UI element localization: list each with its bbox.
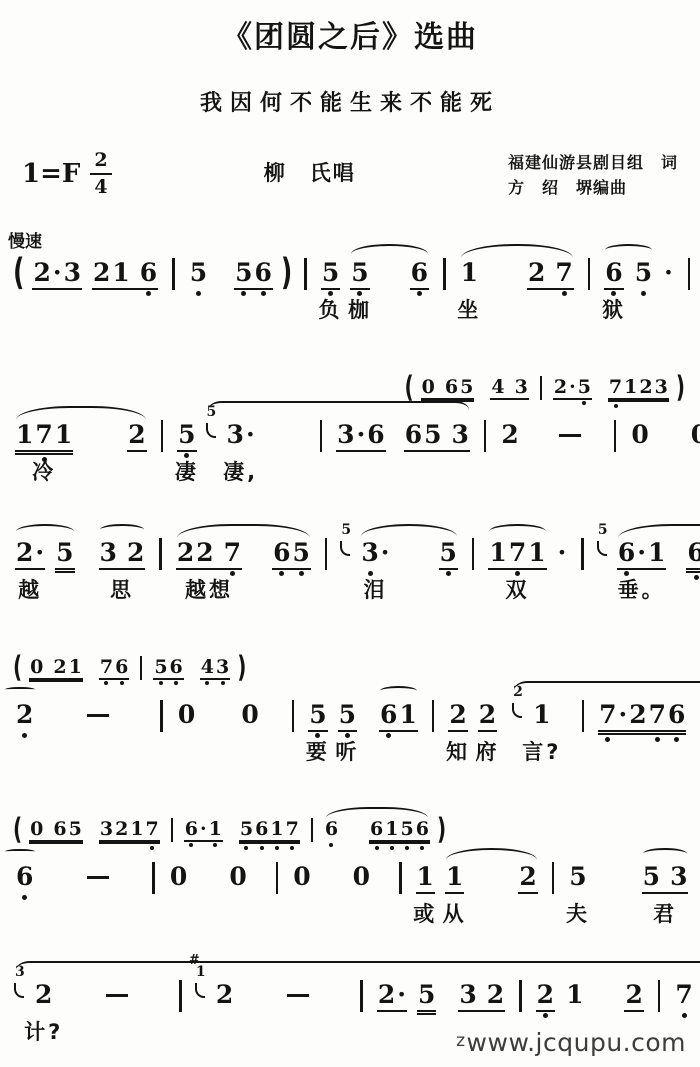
note-digits: 3· [226,420,256,450]
note-digits: 065 [29,818,83,842]
note: 3·泪 [360,538,390,568]
note-digits: 1 [460,258,479,288]
note: 0 [292,862,311,892]
digit-gap [436,376,444,398]
barline [304,258,307,290]
lyric: 负 [319,294,343,324]
note: 32 [458,980,505,1012]
barline [140,656,142,680]
note-digit: 1 [527,538,546,568]
note-digit: 7 [34,420,53,450]
note-digits: 2 [448,700,467,732]
note-digit: 0 [29,818,44,840]
note-digits: 6·1 [617,538,667,570]
note-digit: 2 [92,258,111,288]
notation-row: 171冷25凄53·凄,3·6653200 [10,420,690,452]
note-digit: 6 [114,656,129,678]
parenthesis: ) [437,813,446,845]
note: 065 [421,376,475,400]
barline [582,700,585,732]
octave-dot-below [405,846,409,850]
digit-gap [478,980,486,1010]
lyric: 从 [443,898,467,928]
lyric: 夫 [566,898,590,928]
note-digits: 065 [421,376,475,400]
note-digit: 6 [604,258,623,288]
note: 1从 [445,862,464,894]
note: 65 [272,538,311,570]
note-digit: 2 [527,258,546,288]
barline [540,376,542,400]
note-digit: 5 [642,862,661,892]
note: 1坐 [460,258,479,288]
note-digit: 0 [177,700,196,730]
barline [552,862,555,894]
note: 2 [536,980,555,1012]
note-digits: 6 [604,258,623,290]
note-digits: 32 [99,538,146,570]
note-digit: 0 [630,420,649,450]
digit-gap [44,656,52,678]
note-digit: 1 [460,258,479,288]
note-digit: 7 [608,376,623,398]
note-digits: 65 [686,538,700,570]
time-numerator: 2 [90,151,111,175]
barline [519,980,522,1012]
note: 5617 [239,818,300,842]
singer-label: 柳 氏唱 [264,157,356,187]
lyric: 狱 [602,294,626,324]
note-digit: 2 [15,538,34,568]
note: 5负 [321,258,340,290]
note-digit: 1 [623,376,638,398]
note-digits: 1 [565,980,584,1010]
note-digit: · [380,538,391,568]
grace-note: 5 [594,538,611,568]
note-digits: 2 [518,862,537,894]
note-digit: · [356,420,367,450]
note-digit: 5 [68,818,83,840]
note-digit: 6 [617,538,636,568]
note-digit: 1 [269,818,284,840]
barline [688,258,691,290]
note-digit: 3 [514,376,529,398]
octave-dot-below [189,843,193,847]
note-digit: 0 [690,420,700,450]
note: 3217 [99,818,160,842]
note: · [663,258,674,288]
note-digits: 021 [29,656,83,680]
octave-dot-below [244,846,248,850]
grace-hook [14,983,24,998]
note-digit: 6 [15,862,34,892]
note-digit: 0 [169,862,188,892]
octave-dot-below [260,846,264,850]
credit-composer: 方 绍 堺编曲 [508,176,678,201]
note-digits: 6 [324,818,339,840]
lyric: 思 [110,574,134,604]
parenthesis: ) [676,371,685,403]
note-digit: 7 [99,656,114,678]
barline [179,980,182,1012]
duration-dash [559,434,581,438]
watermark-logo: z [456,1031,465,1051]
note-digit: 3 [669,862,688,892]
note: 2· [377,980,407,1012]
note-digit: 5 [439,538,458,568]
note-digit: 6 [184,818,199,840]
note-digits: 7 [674,980,693,1010]
note: 7·276 [598,700,686,732]
note-digit: 6 [272,538,291,568]
note: 5凄 [177,420,196,452]
octave-dot-below [22,733,27,738]
note-digit: 6 [254,818,269,840]
slur-arc: 6·1垂。653 [612,538,700,570]
note-digits: 65 [272,538,311,570]
parenthesis: ( [13,651,22,683]
note-digits: 2 [500,420,519,450]
lyric: 言? [522,736,561,766]
slur-arc: 32计?#122·5322127 [10,980,700,1012]
note-digit: 5 [55,538,74,568]
note-digits: 6 [410,258,429,290]
note: 2·5 [553,376,592,400]
note-digit: 0 [421,376,436,398]
note-digit: 2 [127,420,146,450]
note: 5 [417,980,436,1012]
note: 171双 [488,538,546,570]
note-digit: 6 [169,656,184,678]
note-digit: 5 [568,862,587,892]
parenthesis: ( [13,813,22,845]
grace-hook [597,541,607,556]
tempo-marking: 慢速 [8,227,700,252]
note-digits: 3217 [99,818,160,842]
note-digit: 2 [126,538,145,568]
grace-number: 3 [15,965,25,979]
note-digits: 2 [15,700,34,730]
note: 2·越 [15,538,45,570]
note-digit: 1 [15,420,34,450]
note-digit: 0 [29,656,44,678]
octave-dot-below [241,291,246,296]
note-digit: 7 [145,818,160,840]
note-digit: 0 [228,862,247,892]
note-digit: 1 [416,862,435,892]
grace-note: 5 [337,538,354,568]
note: 021 [29,656,83,680]
note-digits: 0 [169,862,188,892]
barline [432,700,435,732]
note-digits: 1 [416,862,435,894]
note-digit: 5 [338,700,357,730]
octave-dot-below [261,291,266,296]
note-digit: · [396,980,407,1010]
note: 2 [624,980,643,1012]
note-digit: · [34,538,45,568]
note-digits: 2·5 [553,376,592,400]
note-digit: 1 [208,818,223,840]
note-digits: 0 [690,420,700,450]
note-digit: 5 [634,258,653,288]
duration-dash [106,994,128,998]
digit-gap [506,376,514,398]
slur-arc: 3·泪5 [355,538,463,570]
note-digit: 6 [139,258,158,288]
page-title: 《团圆之后》选曲 [0,0,700,56]
note: 43 [490,376,528,400]
grace-number: 5 [341,523,351,537]
note-digits: 5 [634,258,653,288]
grace-note: 3 [11,980,28,1010]
credit-lyricist: 福建仙游县剧目组 词 [508,151,678,176]
note: 6狱 [604,258,623,290]
grace-hook [512,703,522,718]
note: 56 [153,656,183,680]
octave-dot-below [22,895,27,900]
octave-dot-below [213,843,217,847]
octave-dot-below [417,291,422,296]
parenthesis: ( [13,251,24,295]
note-digits: 5 [568,862,587,892]
lyric: 计? [24,1016,63,1046]
note-digits: 1 [532,700,551,730]
note: 5 [634,258,653,288]
note: 1言? [532,700,551,730]
music-line-2: (065432·57123)171冷25凄53·凄,3·6653200 [10,376,690,452]
note: 5夫 [568,862,587,892]
note: 2 [500,420,519,450]
note: 2计? [34,980,53,1010]
barline [658,980,661,1012]
lyric: 君 [653,898,677,928]
note-digit: · [52,258,63,288]
notation-row: (2·3216556)5负5枷61坐276狱5· [10,258,690,290]
note-digits: 653 [404,420,470,452]
watermark: zwww.jcqupu.com [456,1028,686,1057]
barline [325,538,328,570]
note: 1或 [416,862,435,894]
note-digit: 1 [647,538,666,568]
note-digit: 2 [478,700,497,730]
slur-arc: 32思 [94,538,151,570]
note-digit: 6 [410,258,429,288]
grace-note: 2 [509,700,526,730]
digit-gap [118,538,126,568]
note-digit: 2 [377,980,396,1010]
note-digit: 1 [488,538,507,568]
note: 32思 [99,538,146,570]
slur-arc: 227越想65 [171,538,316,570]
octave-dot-below [205,681,209,685]
score: (2·3216556)5负5枷61坐276狱5·(065432·57123)17… [0,258,700,1012]
note-digits: 6·1 [184,818,223,842]
note-digit: 2 [500,420,519,450]
grace-note: #1 [192,980,209,1010]
octave-dot-below [605,737,610,742]
note: 0 [228,862,247,892]
octave-dot-below [446,571,451,576]
note-digit: 2 [34,980,53,1010]
note-digit: 5 [577,376,592,398]
octave-dot-below [150,846,154,850]
note: 76 [99,656,129,680]
note-digits: 32 [458,980,505,1012]
music-line-4: (021765643)2005要5听612知2府21言?7·2765617 [10,656,690,732]
note-digit: 7 [648,700,667,730]
barline [160,700,163,732]
note-digit: 7 [674,980,693,1010]
note: 2·3 [32,258,82,290]
note: 5枷 [350,258,369,290]
note-digit: 6 [379,700,398,730]
key-label: 1=F [22,159,80,189]
slur-arc: 66156 [320,818,434,842]
octave-dot-below [614,404,618,408]
note: 27 [527,258,574,290]
lyric: 或 [413,898,437,928]
lyric: 冷 [32,456,56,486]
note: 7 [674,980,693,1010]
note-digits: 0 [292,862,311,892]
note-digit: 3 [215,656,230,678]
octave-dot-below [694,575,699,580]
note-digit: · [568,376,577,398]
note-digits: 1 [445,862,464,894]
note-digits: 43 [490,376,528,400]
octave-dot-below [174,681,178,685]
music-line-3: 2·越532思227越想6553·泪5171双·56·1垂。653 [10,538,690,570]
note-digit: 2 [15,700,34,730]
note: 2知 [448,700,467,732]
note-digit: 6 [415,818,430,840]
note-digit: 5 [234,258,253,288]
grace-number: 5 [598,523,608,537]
note-digit: 3 [458,980,477,1010]
barline [588,258,591,290]
note: 0 [630,420,649,450]
note-digits: 53 [642,862,689,894]
note-digits: 0 [240,700,259,730]
note-digit: 5 [308,700,327,730]
lyric: 越想 [185,574,233,604]
slur-arc: 171双 [483,538,551,570]
note-digit: 2 [536,980,555,1010]
note-digit: 7 [598,700,617,730]
note-digit: 0 [292,862,311,892]
lyric: 听 [335,736,359,766]
octave-dot-below [275,846,279,850]
note: 2 [215,980,234,1010]
note-digit: 2 [114,818,129,840]
octave-dot-below [375,846,379,850]
meta-row: 1=F 2 4 柳 氏唱 福建仙游县剧目组 词 方 绍 堺编曲 [0,117,700,201]
note: 61 [379,700,418,732]
note: 227越想 [176,538,242,570]
note-digit: 7 [285,818,300,840]
grace-number: 2 [513,685,523,699]
note-digit: 5 [189,258,208,288]
octave-dot-below [582,401,586,405]
barline [159,538,162,570]
digit-gap [215,538,223,568]
note-digit: 6 [324,818,339,840]
digit-gap [443,420,451,450]
lyric: 双 [506,574,530,604]
note-digits: 5 [55,538,74,570]
note-digits: 0 [352,862,371,892]
note-digit: 2 [448,700,467,730]
music-line-1: (2·3216556)5负5枷61坐276狱5· [10,258,690,290]
note-digit: 2 [195,538,214,568]
octave-dot-below [674,737,679,742]
note-digit: · [617,700,628,730]
barline [581,538,584,570]
barline [484,420,487,452]
note-digit: 1 [532,700,551,730]
note-digits: 7123 [608,376,669,400]
note-digits: 171 [15,420,73,452]
note-digit: 2 [486,980,505,1010]
time-denominator: 4 [94,175,107,197]
note: 53君 [642,862,689,894]
note-digit: 5 [417,980,436,1010]
slur-arc: 2·越5 [10,538,80,570]
note-digit: 6 [369,818,384,840]
note-digits: 2·3 [32,258,82,290]
note-digits: 5 [177,420,196,452]
note-digit: 1 [68,656,83,678]
note-digits: · [663,258,674,288]
note-digits: 5 [308,700,327,732]
note-digit: 6 [667,700,686,730]
grace-note: 5 [203,420,220,450]
parenthesis: ( [405,371,414,403]
octave-dot-below [104,681,108,685]
note-digits: 216 [92,258,158,290]
note-digits: 56 [234,258,273,290]
note: 216 [92,258,158,290]
note-digit: 1 [398,700,417,730]
notation-row: 32计?#122·5322127 [10,980,690,1012]
note-digit: 0 [240,700,259,730]
note: 5要 [308,700,327,732]
note-digit: 2 [638,376,653,398]
octave-dot-below [390,846,394,850]
note-digit: 2 [553,376,568,398]
barline [171,818,173,842]
note-digit: 7 [223,538,242,568]
lyric: 越 [18,574,42,604]
note-digits: 76 [99,656,129,680]
digit-gap [131,258,139,288]
note: 2 [127,420,146,452]
note: 6 [410,258,429,290]
barline [152,862,155,894]
octave-dot-below [290,846,294,850]
digit-gap [44,818,52,840]
note-digit: 7 [508,538,527,568]
note-digit: 5 [239,818,254,840]
note: 065 [29,818,83,842]
key-signature: 1=F 2 4 [22,151,112,197]
slur-arc: 1坐27 [455,258,579,290]
note-digit: 3 [226,420,245,450]
note: 56 [234,258,273,290]
slur-arc: 5枷6 [345,258,434,290]
slur-arc: 21言?7·2765617 [508,700,700,732]
